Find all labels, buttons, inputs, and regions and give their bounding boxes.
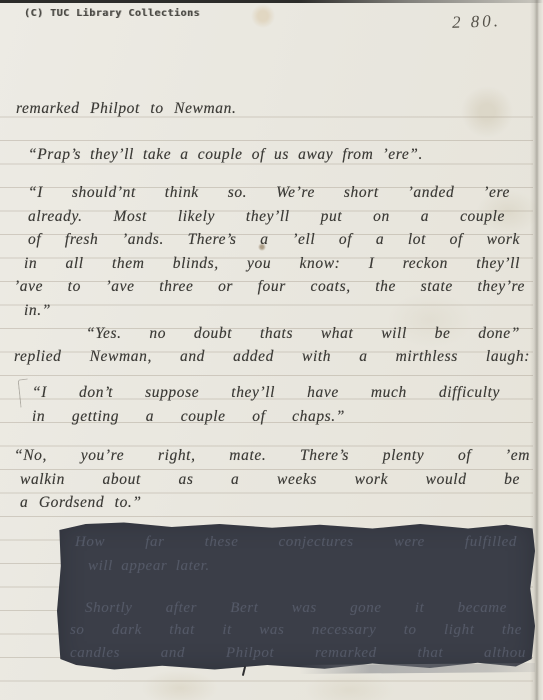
redacted-line: so dark that it was necessary to light t…	[70, 621, 522, 639]
manuscript-line: remarked Philpot to Newman.	[16, 99, 336, 118]
redacted-line: will appear later.	[88, 557, 260, 575]
manuscript-line: already. Most likely they’ll put on a co…	[28, 207, 505, 226]
manuscript-line: “Yes. no doubt thats what will be done”	[86, 324, 520, 343]
manuscript-line: in.”	[24, 301, 84, 320]
manuscript-line: replied Newman, and added with a mirthle…	[14, 347, 530, 366]
pencil-bracket-mark	[18, 379, 31, 408]
manuscript-line: a Gordsend to.”	[20, 493, 232, 512]
manuscript-line: “No, you’re right, mate. There’s plenty …	[14, 446, 530, 465]
manuscript-line: in getting a couple of chaps.”	[32, 407, 345, 426]
page-edge-right	[530, 0, 543, 700]
scan-edge-top	[0, 0, 543, 3]
copyright-watermark: (C) TUC Library Collections	[24, 8, 200, 19]
redacted-line: candles and Philpot remarked that althou	[70, 644, 526, 662]
manuscript-line: “I should’nt think so. We’re short ’ande…	[28, 183, 510, 202]
ink-smear	[300, 663, 535, 674]
manuscript-line: walkin about as a weeks work would be	[20, 470, 520, 489]
redacted-line: How far these conjectures were fulfilled	[75, 533, 517, 551]
manuscript-line: “Prap’s they’ll take a couple of us away…	[28, 145, 423, 164]
redaction-block: How far these conjectures were fulfilled…	[57, 521, 535, 671]
manuscript-line: in all them blinds, you know: I reckon t…	[24, 254, 520, 273]
manuscript-line: of fresh ’ands. There’s a ’ell of a lot …	[28, 230, 520, 249]
manuscript-line: ’ave to ’ave three or four coats, the st…	[14, 277, 525, 296]
stray-pen-mark	[242, 666, 246, 676]
page-number: 2 80.	[452, 11, 502, 33]
manuscript-page-scan: (C) TUC Library Collections 2 80. remark…	[0, 0, 543, 700]
redacted-line: Shortly after Bert was gone it became	[85, 599, 507, 617]
manuscript-line: “I don’t suppose they’ll have much diffi…	[32, 383, 500, 402]
